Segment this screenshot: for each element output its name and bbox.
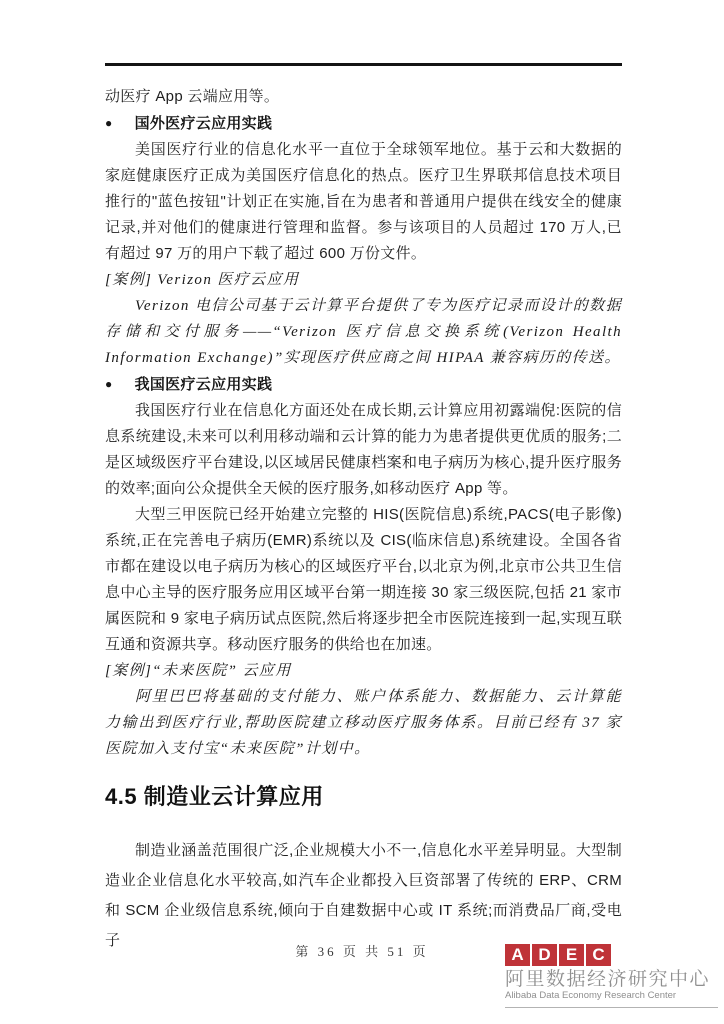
bullet-icon: ● [105,110,113,136]
bullet-item-domestic-medical-cloud: ●我国医疗云应用实践 [105,371,622,398]
header-rule [105,63,622,66]
bullet-label: 国外医疗云应用实践 [135,115,273,132]
paragraph-manufacturing: 制造业涵盖范围很广泛,企业规模大小不一,信息化水平差异明显。大型制造业企业信息化… [105,836,622,956]
bullet-icon: ● [105,371,113,397]
case-paragraph-verizon: Verizon 电信公司基于云计算平台提供了专为医疗记录而设计的数据存储和交付服… [105,293,622,371]
bullet-item-foreign-medical-cloud: ●国外医疗云应用实践 [105,110,622,137]
logo-letter-c: C [586,944,611,966]
document-body: 动医疗 App 云端应用等。 ●国外医疗云应用实践 美国医疗行业的信息化水平一直… [105,84,622,956]
paragraph-us-medical-cloud: 美国医疗行业的信息化水平一直位于全球领军地位。基于云和大数据的家庭健康医疗正成为… [105,137,622,267]
section-heading-manufacturing-cloud: 4.5 制造业云计算应用 [105,782,622,812]
logo-rule [505,1007,718,1008]
case-heading-verizon: [案例] Verizon 医疗云应用 [105,267,622,293]
logo-letter-d: D [532,944,557,966]
document-page: 动医疗 App 云端应用等。 ●国外医疗云应用实践 美国医疗行业的信息化水平一直… [0,0,724,1024]
logo-letter-a: A [505,944,530,966]
logo-letter-e: E [559,944,584,966]
logo-name-cn: 阿里数据经济研究中心 [505,969,718,990]
adec-logo-letters: A D E C [505,944,718,966]
adec-logo: A D E C 阿里数据经济研究中心 Alibaba Data Economy … [505,944,718,1008]
paragraph-domestic-medical-cloud: 我国医疗行业在信息化方面还处在成长期,云计算应用初露端倪:医院的信息系统建设,未… [105,398,622,502]
case-paragraph-future-hospital: 阿里巴巴将基础的支付能力、账户体系能力、数据能力、云计算能力输出到医疗行业,帮助… [105,684,622,762]
paragraph-hospital-systems: 大型三甲医院已经开始建立完整的 HIS(医院信息)系统,PACS(电子影像)系统… [105,502,622,658]
paragraph-continuation: 动医疗 App 云端应用等。 [105,84,622,110]
logo-name-en: Alibaba Data Economy Research Center [505,990,718,1001]
case-heading-future-hospital: [案例]“未来医院” 云应用 [105,658,622,684]
bullet-label: 我国医疗云应用实践 [135,376,273,393]
